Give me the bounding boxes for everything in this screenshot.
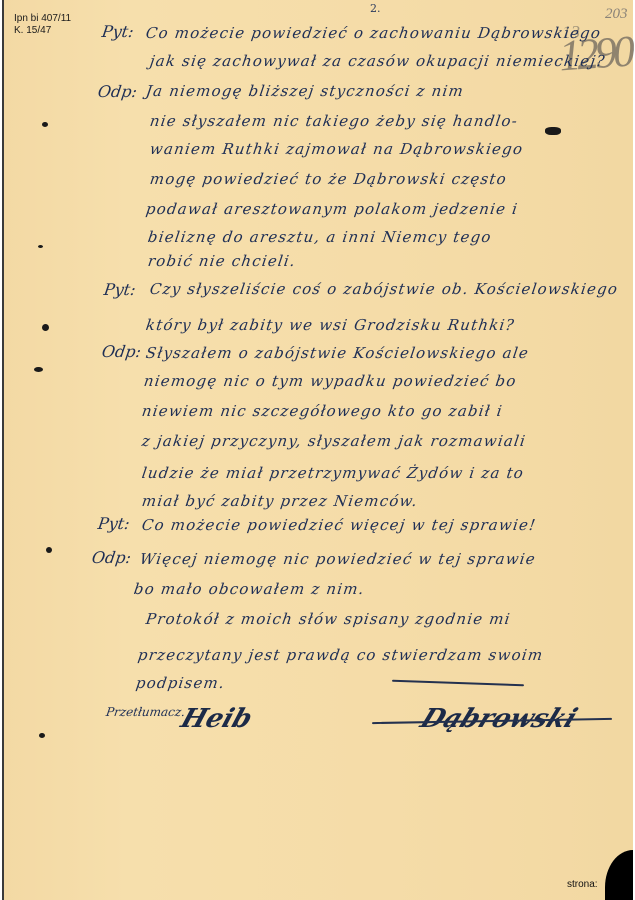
page-number-top: 2. (370, 2, 381, 15)
question-label: Pyt: (97, 514, 131, 533)
archive-volume: K. 15/47 (14, 25, 71, 37)
text-line: Co możecie powiedzieć więcej w tej spraw… (141, 516, 538, 534)
text-line: niemogę nic o tym wypadku powiedzieć bo (143, 372, 518, 390)
text-line: niewiem nic szczegółowego kto go zabił i (141, 402, 504, 420)
text-line: robić nie chcieli. (147, 252, 298, 270)
text-line: bieliznę do aresztu, a inni Niemcy tego (147, 228, 493, 246)
archive-signature: Ipn bi 407/11 (14, 13, 71, 25)
text-line: Więcej niemogę nic powiedzieć w tej spra… (139, 550, 537, 568)
answer-label: Odp: (101, 342, 143, 361)
text-line: nie słyszałem nic takiego żeby się handl… (149, 112, 520, 130)
archive-reference: Ipn bi 407/11 K. 15/47 (14, 13, 71, 37)
text-line: Czy słyszeliście coś o zabójstwie ob. Ko… (149, 280, 620, 298)
text-line: Słyszałem o zabójstwie Kościelowskiego a… (145, 344, 531, 362)
interpreter-signature: Heib (177, 704, 256, 734)
text-line: miał być zabity przez Niemców. (141, 492, 419, 510)
text-line: podpisem. (135, 674, 227, 692)
ink-spot (42, 324, 49, 331)
ink-spot (39, 733, 45, 738)
signature-underline (392, 680, 524, 687)
folio-number: 203 (605, 6, 628, 23)
text-line: Protokół z moich słów spisany zgodnie mi (145, 610, 512, 628)
ink-smudge (545, 127, 561, 135)
scanned-document-page: Ipn bi 407/11 K. 15/47 2. 203 13 1290 Py… (2, 0, 633, 900)
text-line: Ja niemogę bliższej styczności z nim (145, 82, 465, 100)
ink-spot (34, 367, 43, 372)
text-line: jak się zachowywał za czasów okupacji ni… (149, 52, 607, 70)
ink-spot (38, 245, 43, 248)
ink-spot (42, 122, 48, 127)
page-footer-label: strona: (567, 879, 598, 890)
ink-spot (46, 547, 52, 553)
text-line: z jakiej przyczyny, słyszałem jak rozmaw… (141, 432, 528, 450)
answer-label: Odp: (91, 548, 133, 567)
scan-corner-shadow (605, 850, 633, 900)
text-line: który był zabity we wsi Grodzisku Ruthki… (145, 316, 516, 334)
text-line: mogę powiedzieć to że Dąbrowski często (149, 170, 508, 188)
interpreter-label: Przetłumacz. (105, 705, 186, 719)
text-line: waniem Ruthki zajmował na Dąbrowskiego (149, 140, 525, 158)
answer-label: Odp: (97, 82, 139, 101)
question-label: Pyt: (101, 22, 135, 41)
text-line: Co możecie powiedzieć o zachowaniu Dąbro… (145, 24, 603, 42)
question-label: Pyt: (103, 280, 137, 299)
text-line: przeczytany jest prawdą co stwierdzam sw… (137, 646, 545, 664)
text-line: bo mało obcowałem z nim. (133, 580, 366, 598)
text-line: ludzie że miał przetrzymywać Żydów i za … (141, 464, 526, 482)
text-line: podawał aresztowanym polakom jedzenie i (145, 200, 520, 218)
